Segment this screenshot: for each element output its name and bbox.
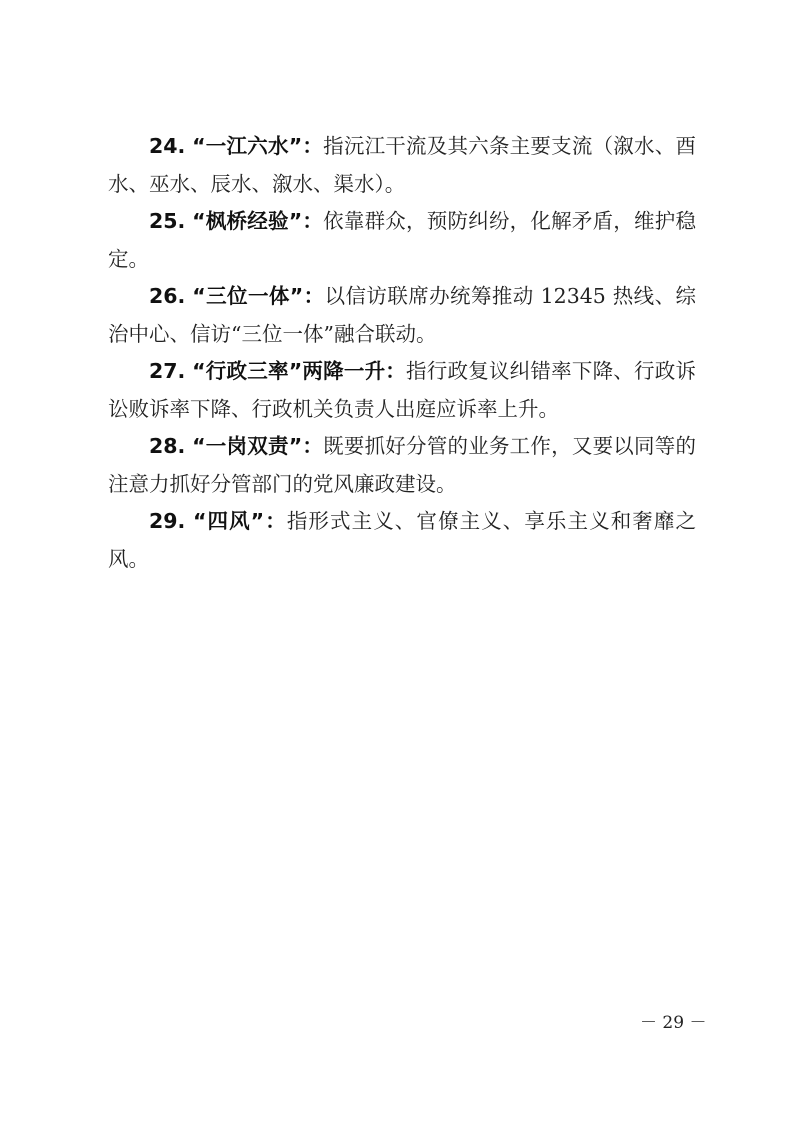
glossary-term: “枫桥经验”： [192, 209, 323, 233]
glossary-term: “一岗双责”： [192, 434, 323, 458]
glossary-term: “三位一体”： [192, 284, 324, 308]
item-number: 26. [149, 284, 185, 308]
document-page: 24. “一江六水”：指沅江干流及其六条主要支流（溆水、酉水、巫水、辰水、溆水、… [0, 0, 793, 1122]
item-number: 29. [149, 509, 185, 533]
glossary-term: “四风”： [193, 509, 287, 533]
glossary-term: “一江六水”： [192, 134, 323, 158]
glossary-item-24: 24. “一江六水”：指沅江干流及其六条主要支流（溆水、酉水、巫水、辰水、溆水、… [108, 128, 696, 203]
glossary-item-29: 29. “四风”：指形式主义、官僚主义、享乐主义和奢靡之风。 [108, 503, 696, 578]
item-number: 25. [149, 209, 185, 233]
glossary-item-25: 25. “枫桥经验”：依靠群众，预防纠纷，化解矛盾，维护稳定。 [108, 203, 696, 278]
glossary-item-27: 27. “行政三率”两降一升：指行政复议纠错率下降、行政诉讼败诉率下降、行政机关… [108, 353, 696, 428]
page-number: － 29 － [640, 1008, 706, 1033]
glossary-item-26: 26. “三位一体”：以信访联席办统筹推动 12345 热线、综治中心、信访“三… [108, 278, 696, 353]
item-number: 27. [149, 359, 185, 383]
glossary-content: 24. “一江六水”：指沅江干流及其六条主要支流（溆水、酉水、巫水、辰水、溆水、… [108, 128, 696, 578]
item-number: 28. [149, 434, 185, 458]
glossary-term: “行政三率”两降一升： [192, 359, 406, 383]
glossary-item-28: 28. “一岗双责”：既要抓好分管的业务工作，又要以同等的注意力抓好分管部门的党… [108, 428, 696, 503]
item-number: 24. [149, 134, 185, 158]
